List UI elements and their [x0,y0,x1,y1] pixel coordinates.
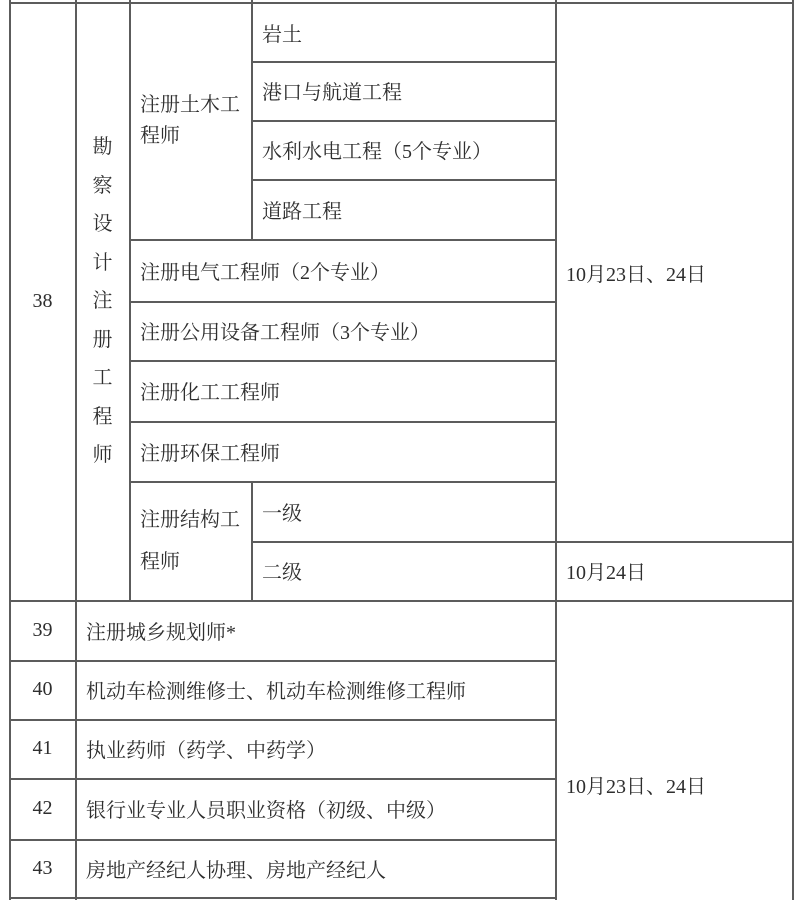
row-number: 40 [33,678,53,701]
engineer-label: 注册化工工程师 [140,376,280,405]
engineer-label: 注册电气工程师（2个专业） [140,256,390,285]
specialty-label: 岩土 [262,18,302,47]
table-border-line [792,0,794,900]
table-row-name-42: 银行业专业人员职业资格（初级、中级） [76,778,555,839]
cell-specialty-hydro: 水利水电工程（5个专业） [252,120,555,179]
table-border-line [10,897,556,899]
cell-level-1: 一级 [252,481,555,541]
cell-civil-engineer: 注册土木工 程师 [130,3,251,239]
row-number-cell-39: 39 [10,600,75,660]
cell-specialty-geotech: 岩土 [252,3,555,61]
cell-exam-date-main: 10月23日、24日 [556,3,792,541]
table-row-name-39: 注册城乡规划师* [76,600,555,660]
row-number-cell-42: 42 [10,778,75,839]
row-number-cell-43: 43 [10,839,75,897]
exam-name: 机动车检测维修士、机动车检测维修工程师 [86,675,466,704]
exam-date: 10月24日 [566,556,646,585]
cell-structural-engineer: 注册结构工 程师 [130,481,251,600]
row-number: 41 [33,737,53,760]
exam-name: 注册城乡规划师* [86,616,236,645]
cell-chemical-engineer: 注册化工工程师 [130,360,555,421]
specialty-label: 水利水电工程（5个专业） [262,135,492,164]
table-row-name-40: 机动车检测维修士、机动车检测维修工程师 [76,660,555,719]
exam-schedule-table: 38 勘察设计注册工程师 注册土木工 程师 岩土 港口与航道工程 水利水电工程（… [0,0,802,900]
table-row-name-43: 房地产经纪人协理、房地产经纪人 [76,839,555,897]
row-number: 43 [33,857,53,880]
cell-structural-engineer-line1: 注册结构工 [140,499,240,541]
exam-name: 执业药师（药学、中药学） [86,734,326,763]
level-label: 二级 [262,556,302,585]
specialty-label: 港口与航道工程 [262,76,402,105]
cell-exam-date-rows39-43: 10月23日、24日 [556,600,792,900]
cell-specialty-road: 道路工程 [252,179,555,239]
category-vertical-label: 勘察设计注册工程师 [91,128,115,475]
specialty-label: 道路工程 [262,195,342,224]
cell-level-2: 二级 [252,541,555,600]
row-number-cell-38: 38 [10,3,75,600]
row-number-cell-41: 41 [10,719,75,778]
table-row-name-41: 执业药师（药学、中药学） [76,719,555,778]
level-label: 一级 [262,497,302,526]
exam-date: 10月23日、24日 [566,770,706,799]
cell-specialty-port-waterway: 港口与航道工程 [252,61,555,120]
row-number-cell-40: 40 [10,660,75,719]
cell-civil-engineer-line1: 注册土木工 [140,90,240,121]
cell-civil-engineer-line2: 程师 [140,121,180,152]
exam-name: 房地产经纪人协理、房地产经纪人 [86,854,386,883]
category-cell-survey-design: 勘察设计注册工程师 [76,3,129,600]
cell-environmental-engineer: 注册环保工程师 [130,421,555,481]
row-number: 38 [33,290,53,313]
exam-name: 银行业专业人员职业资格（初级、中级） [86,794,446,823]
engineer-label: 注册公用设备工程师（3个专业） [140,316,430,345]
cell-exam-date-level2: 10月24日 [556,541,792,600]
row-number: 39 [33,619,53,642]
engineer-label: 注册环保工程师 [140,437,280,466]
row-number: 42 [33,797,53,820]
cell-structural-engineer-line2: 程师 [140,541,180,583]
cell-electrical-engineer: 注册电气工程师（2个专业） [130,239,555,301]
cell-public-equipment-engineer: 注册公用设备工程师（3个专业） [130,301,555,360]
exam-date: 10月23日、24日 [566,258,706,287]
